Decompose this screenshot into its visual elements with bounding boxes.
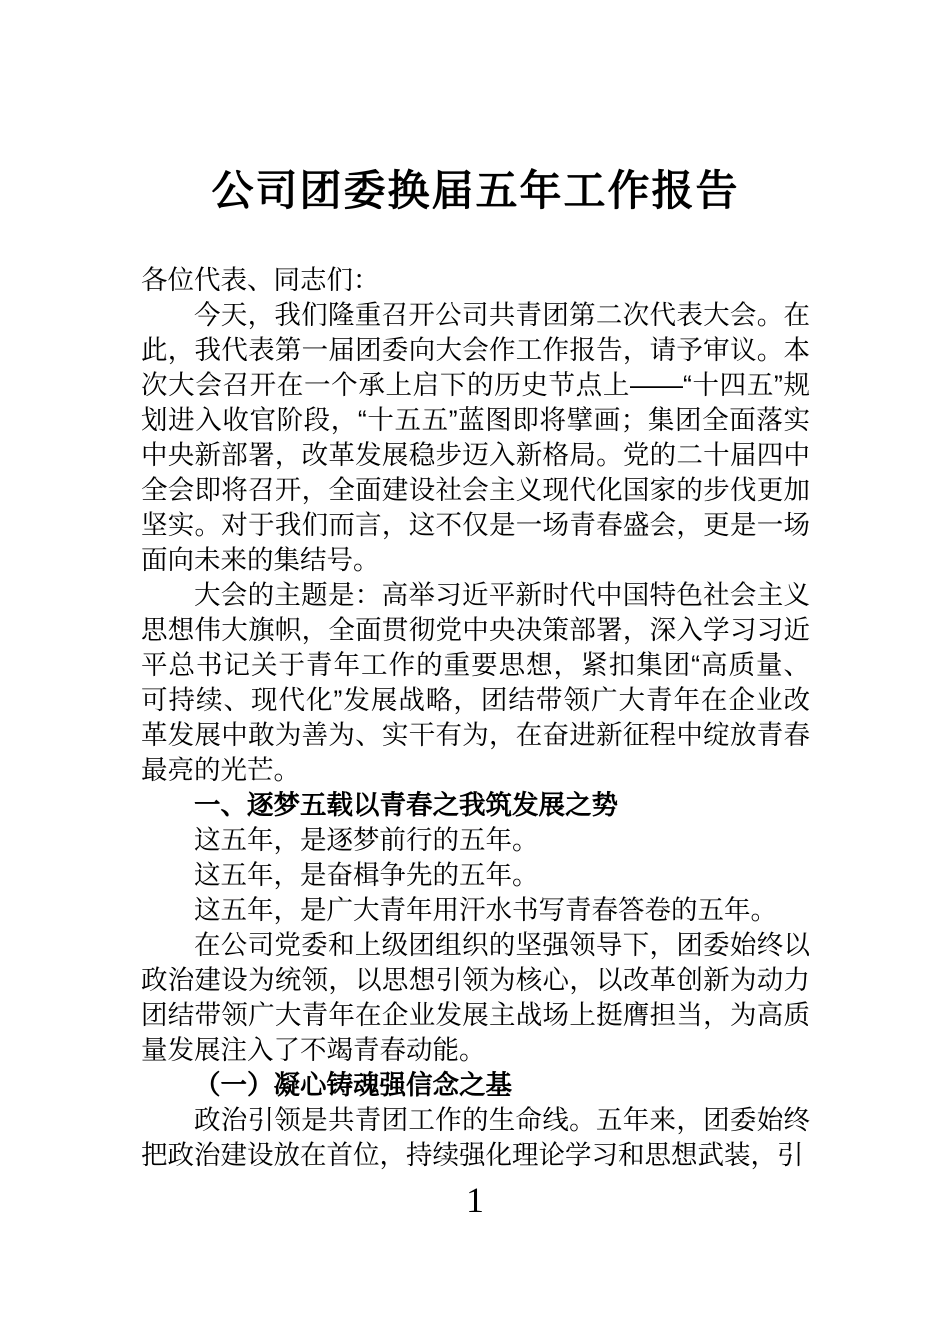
report-body: 各位代表、同志们： 今天，我们隆重召开公司共青团第二次代表大会。在此，我代表第一… xyxy=(141,263,810,1173)
document-content: 公司团委换届五年工作报告 各位代表、同志们： 今天，我们隆重召开公司共青团第二次… xyxy=(141,0,810,1173)
paragraph-five-years-3: 这五年，是广大青年用汗水书写青春答卷的五年。 xyxy=(141,893,810,928)
paragraph-theme: 大会的主题是：高举习近平新时代中国特色社会主义思想伟大旗帜，全面贯彻党中央决策部… xyxy=(141,578,810,788)
subsection-heading-one: （一）凝心铸魂强信念之基 xyxy=(141,1068,810,1103)
paragraph-political-guidance: 政治引领是共青团工作的生命线。五年来，团委始终把政治建设放在首位，持续强化理论学… xyxy=(141,1103,810,1173)
document-page: 公司团委换届五年工作报告 各位代表、同志们： 今天，我们隆重召开公司共青团第二次… xyxy=(0,0,950,1344)
paragraph-leadership: 在公司党委和上级团组织的坚强领导下，团委始终以政治建设为统领，以思想引领为核心，… xyxy=(141,928,810,1068)
paragraph-five-years-1: 这五年，是逐梦前行的五年。 xyxy=(141,823,810,858)
section-heading-one: 一、逐梦五载以青春之我筑发展之势 xyxy=(141,788,810,823)
paragraph-opening: 今天，我们隆重召开公司共青团第二次代表大会。在此，我代表第一届团委向大会作工作报… xyxy=(141,298,810,578)
paragraph-five-years-2: 这五年，是奋楫争先的五年。 xyxy=(141,858,810,893)
page-number: 1 xyxy=(0,1178,950,1222)
report-title: 公司团委换届五年工作报告 xyxy=(141,163,810,219)
salutation: 各位代表、同志们： xyxy=(141,263,810,298)
